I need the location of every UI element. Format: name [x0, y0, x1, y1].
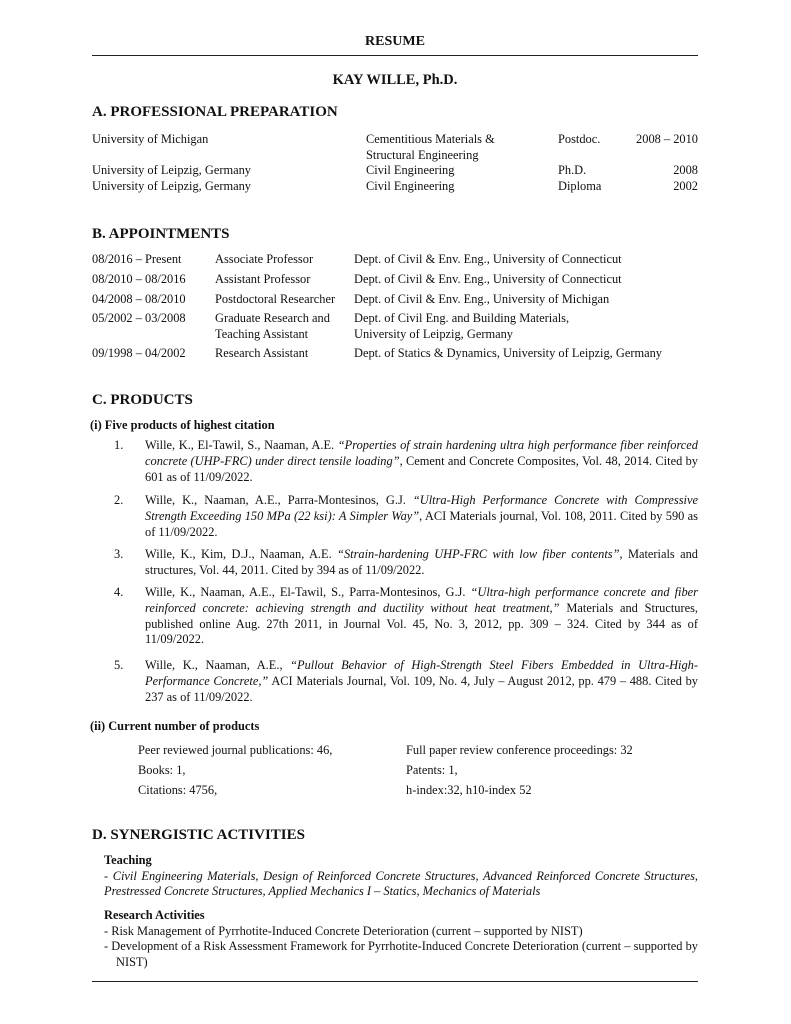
institution: University of Leipzig, Germany — [92, 163, 251, 179]
appointment-title-line2: Teaching Assistant — [215, 327, 308, 343]
count-patents: Patents: 1, — [406, 763, 458, 778]
publication-number: 2. — [114, 493, 123, 509]
document-title: RESUME — [92, 34, 698, 50]
bottom-divider — [92, 981, 698, 982]
appointment-dates: 04/2008 – 08/2010 — [92, 292, 186, 308]
subheading-current-products: (ii) Current number of products — [90, 719, 259, 734]
appointment-dept-line2: University of Leipzig, Germany — [354, 327, 513, 343]
appointment-dept: Dept. of Statics & Dynamics, University … — [354, 346, 662, 362]
field-line2: Structural Engineering — [366, 148, 479, 164]
subheading-highest-cited: (i) Five products of highest citation — [90, 418, 275, 433]
publication-item: 3. Wille, K., Kim, D.J., Naaman, A.E. “S… — [114, 547, 698, 579]
teaching-title: Teaching — [104, 853, 698, 869]
publication-title: “Strain-hardening UHP-FRC with low fiber… — [337, 547, 619, 561]
teaching-item: - Civil Engineering Materials, Design of… — [104, 869, 698, 900]
appointment-title: Postdoctoral Researcher — [215, 292, 335, 308]
section-heading-appointments: B. APPOINTMENTS — [92, 226, 230, 243]
section-heading-synergistic: D. SYNERGISTIC ACTIVITIES — [92, 827, 305, 844]
count-hindex: h-index:32, h10-index 52 — [406, 783, 532, 798]
publication-number: 3. — [114, 547, 123, 563]
year: 2002 — [673, 179, 698, 195]
research-item: - Development of a Risk Assessment Frame… — [104, 939, 698, 970]
publication-authors: Wille, K., El-Tawil, S., Naaman, A.E. — [145, 438, 338, 452]
section-heading-preparation: A. PROFESSIONAL PREPARATION — [92, 104, 338, 121]
publication-item: 2. Wille, K., Naaman, A.E., Parra-Montes… — [114, 493, 698, 540]
appointment-title: Assistant Professor — [215, 272, 310, 288]
institution: University of Michigan — [92, 132, 208, 148]
top-divider — [92, 55, 698, 56]
teaching-block: Teaching - Civil Engineering Materials, … — [104, 853, 698, 900]
publication-number: 1. — [114, 438, 123, 454]
publication-number: 4. — [114, 585, 123, 601]
field: Civil Engineering — [366, 179, 454, 195]
institution: University of Leipzig, Germany — [92, 179, 251, 195]
degree: Postdoc. — [558, 132, 600, 148]
count-journal: Peer reviewed journal publications: 46, — [138, 743, 332, 758]
appointment-dates: 09/1998 – 04/2002 — [92, 346, 186, 362]
count-books: Books: 1, — [138, 763, 186, 778]
appointment-title: Graduate Research and — [215, 311, 330, 327]
year: 2008 — [673, 163, 698, 179]
publication-item: 5. Wille, K., Naaman, A.E., “Pullout Beh… — [114, 658, 698, 705]
publication-authors: Wille, K., Kim, D.J., Naaman, A.E. — [145, 547, 337, 561]
section-heading-products: C. PRODUCTS — [92, 392, 193, 409]
research-title: Research Activities — [104, 908, 698, 924]
appointment-dept: Dept. of Civil & Env. Eng., University o… — [354, 292, 609, 308]
year: 2008 – 2010 — [636, 132, 698, 148]
appointment-dates: 08/2016 – Present — [92, 252, 181, 268]
field: Cementitious Materials & — [366, 132, 495, 148]
research-item: - Risk Management of Pyrrhotite-Induced … — [104, 924, 698, 940]
appointment-dept: Dept. of Civil Eng. and Building Materia… — [354, 311, 569, 327]
publication-item: 4. Wille, K., Naaman, A.E., El-Tawil, S.… — [114, 585, 698, 648]
appointment-dates: 05/2002 – 03/2008 — [92, 311, 186, 327]
publication-number: 5. — [114, 658, 123, 674]
degree: Diploma — [558, 179, 601, 195]
research-block: Research Activities - Risk Management of… — [104, 908, 698, 970]
field: Civil Engineering — [366, 163, 454, 179]
appointment-title: Research Assistant — [215, 346, 308, 362]
appointment-dates: 08/2010 – 08/2016 — [92, 272, 186, 288]
appointment-title: Associate Professor — [215, 252, 313, 268]
appointment-dept: Dept. of Civil & Env. Eng., University o… — [354, 252, 622, 268]
count-conference: Full paper review conference proceedings… — [406, 743, 633, 758]
appointment-dept: Dept. of Civil & Env. Eng., University o… — [354, 272, 622, 288]
publication-authors: Wille, K., Naaman, A.E., Parra-Montesino… — [145, 493, 413, 507]
person-name: KAY WILLE, Ph.D. — [92, 72, 698, 89]
count-citations: Citations: 4756, — [138, 783, 217, 798]
publication-authors: Wille, K., Naaman, A.E., El-Tawil, S., P… — [145, 585, 470, 599]
publication-authors: Wille, K., Naaman, A.E., — [145, 658, 290, 672]
degree: Ph.D. — [558, 163, 586, 179]
publication-item: 1. Wille, K., El-Tawil, S., Naaman, A.E.… — [114, 438, 698, 485]
